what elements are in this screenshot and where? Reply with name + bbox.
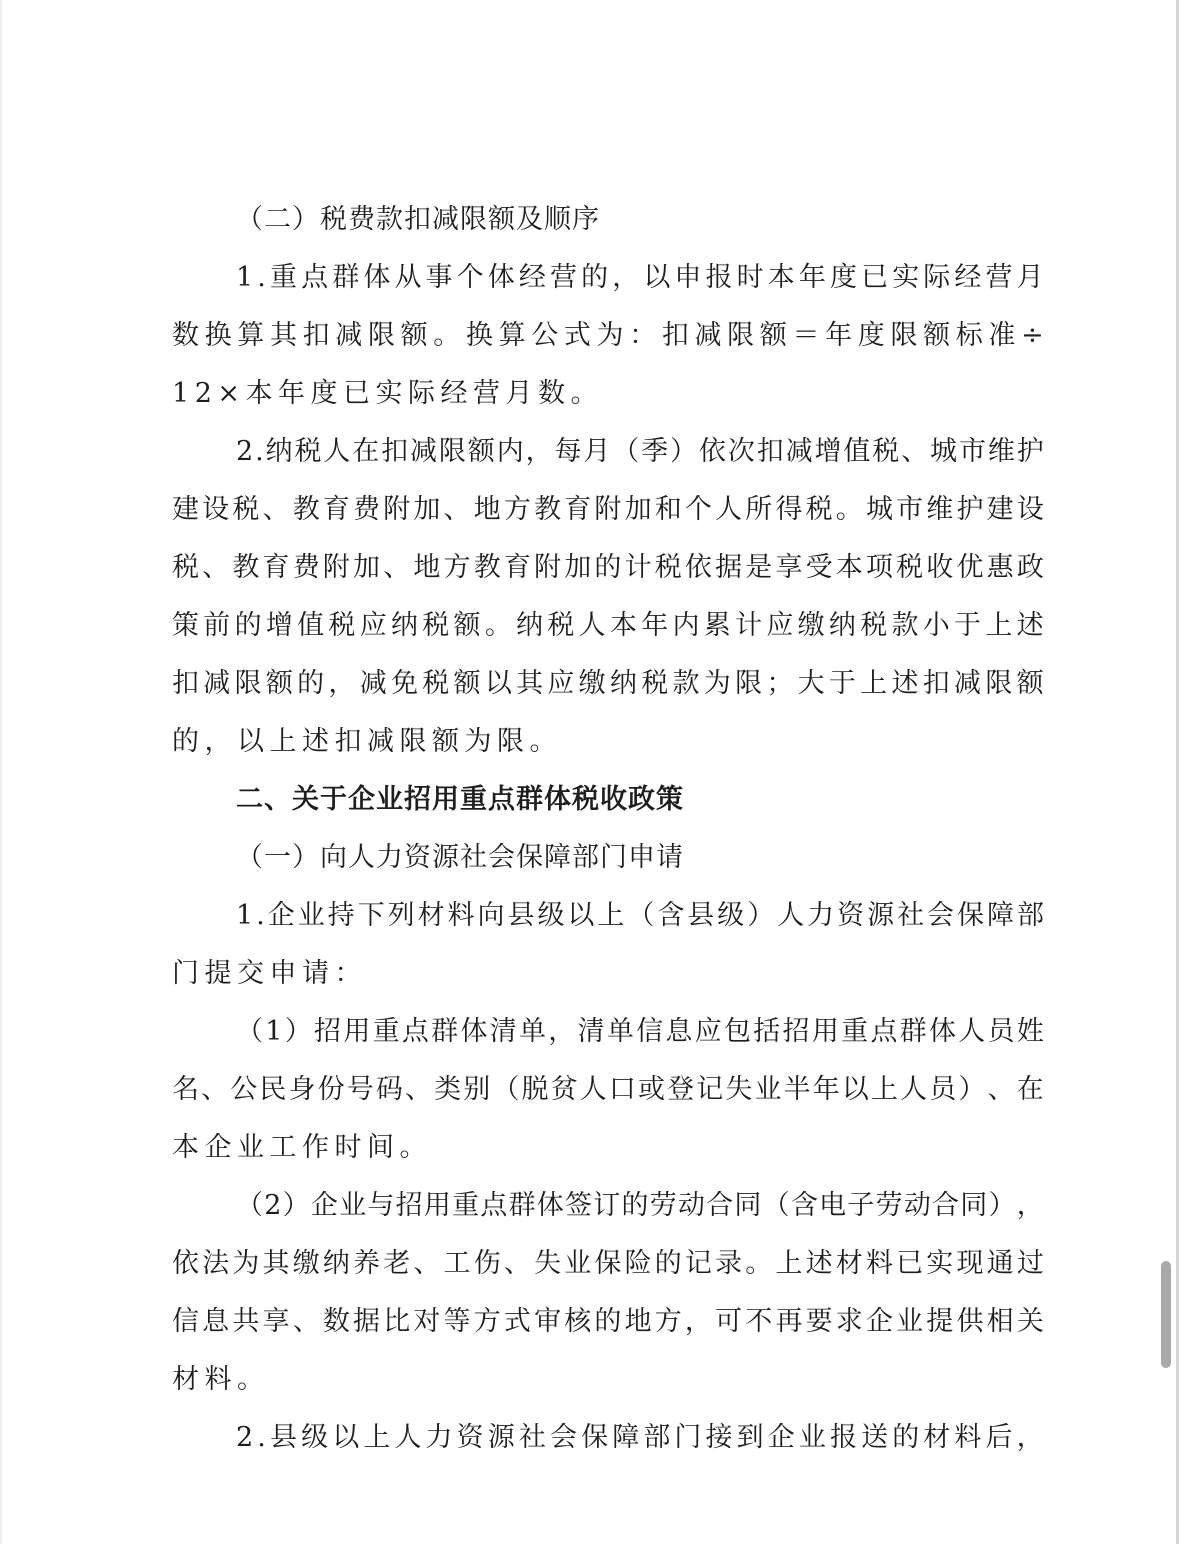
paragraph-line: 税、教育费附加、地方教育附加的计税依据是享受本项税收优惠政 bbox=[172, 548, 1044, 588]
paragraph-line: 门提交申请： bbox=[172, 954, 1044, 994]
subsection-heading: （一）向人力资源社会保障部门申请 bbox=[236, 838, 1044, 878]
paragraph-line: 名、公民身份号码、类别（脱贫人口或登记失业半年以上人员）、在 bbox=[172, 1070, 1044, 1110]
paragraph-line: 12×本年度已实际经营月数。 bbox=[172, 374, 1044, 414]
paragraph-line: （2）企业与招用重点群体签订的劳动合同（含电子劳动合同）， bbox=[236, 1186, 1044, 1226]
paragraph-line: 扣减限额的，减免税额以其应缴纳税款为限；大于上述扣减限额 bbox=[172, 664, 1044, 704]
paragraph-line: 依法为其缴纳养老、工伤、失业保险的记录。上述材料已实现通过 bbox=[172, 1244, 1044, 1284]
paragraph-line: 的，以上述扣减限额为限。 bbox=[172, 722, 1044, 762]
subsection-heading: （二）税费款扣减限额及顺序 bbox=[236, 200, 1044, 240]
paragraph-line: 材料。 bbox=[172, 1360, 1044, 1400]
vertical-scrollbar-thumb[interactable] bbox=[1161, 1261, 1171, 1368]
paragraph-line: 1.重点群体从事个体经营的，以申报时本年度已实际经营月 bbox=[236, 258, 1044, 298]
paragraph-line: 1.企业持下列材料向县级以上（含县级）人力资源社会保障部 bbox=[236, 896, 1044, 936]
paragraph-line: 策前的增值税应纳税额。纳税人本年内累计应缴纳税款小于上述 bbox=[172, 606, 1044, 646]
paragraph-line: 数换算其扣减限额。换算公式为：扣减限额＝年度限额标准÷ bbox=[172, 316, 1044, 356]
paragraph-line: 建设税、教育费附加、地方教育附加和个人所得税。城市维护建设 bbox=[172, 490, 1044, 530]
page-edge-left bbox=[0, 0, 2, 1544]
paragraph-line: 2.纳税人在扣减限额内，每月（季）依次扣减增值税、城市维护 bbox=[236, 432, 1044, 472]
section-heading: 二、关于企业招用重点群体税收政策 bbox=[236, 780, 1044, 820]
paragraph-line: 2.县级以上人力资源社会保障部门接到企业报送的材料后， bbox=[236, 1418, 1044, 1458]
paragraph-line: （1）招用重点群体清单，清单信息应包括招用重点群体人员姓 bbox=[236, 1012, 1044, 1052]
paragraph-line: 本企业工作时间。 bbox=[172, 1128, 1044, 1168]
paragraph-line: 信息共享、数据比对等方式审核的地方，可不再要求企业提供相关 bbox=[172, 1302, 1044, 1342]
